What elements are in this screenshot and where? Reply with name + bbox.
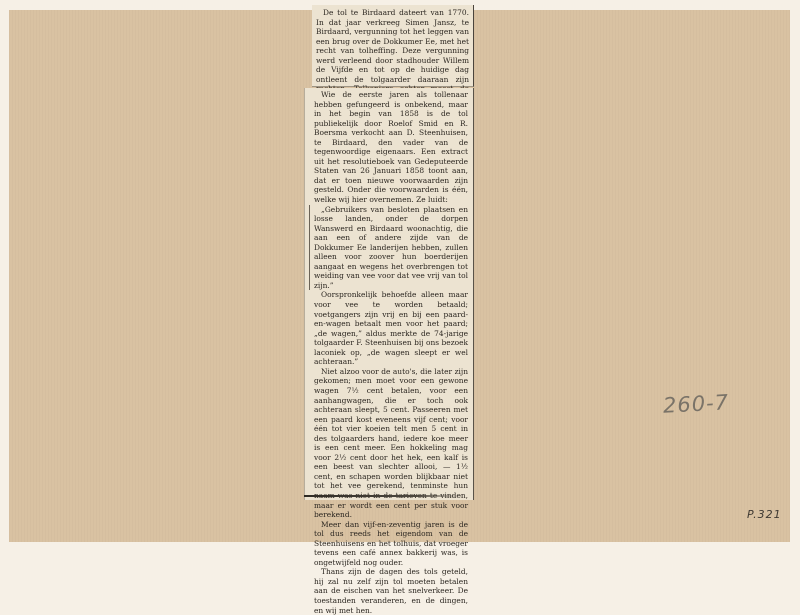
paragraph-quoted-condition: „Gebruikers van besloten plaatsen en los… <box>309 205 468 291</box>
clipping-bottom-rule <box>304 495 464 497</box>
catalog-mark-annotation: P.321 <box>747 508 782 521</box>
paragraph-original-fees: Oorspronkelijk behoefde alleen maar voor… <box>314 290 468 366</box>
paragraph-ownership: Meer dan vijf-en-zeventig jaren is de to… <box>314 520 468 553</box>
pencil-number-annotation: 260-7 <box>662 390 729 417</box>
newspaper-clipping-main: Wie de eerste jaren als tollenaar hebben… <box>304 88 474 500</box>
paragraph-first-tollkeepers: Wie de eerste jaren als tollenaar hebben… <box>314 90 468 205</box>
newspaper-clipping-top: De tol te Birdaard dateert van 1770. In … <box>312 5 474 87</box>
